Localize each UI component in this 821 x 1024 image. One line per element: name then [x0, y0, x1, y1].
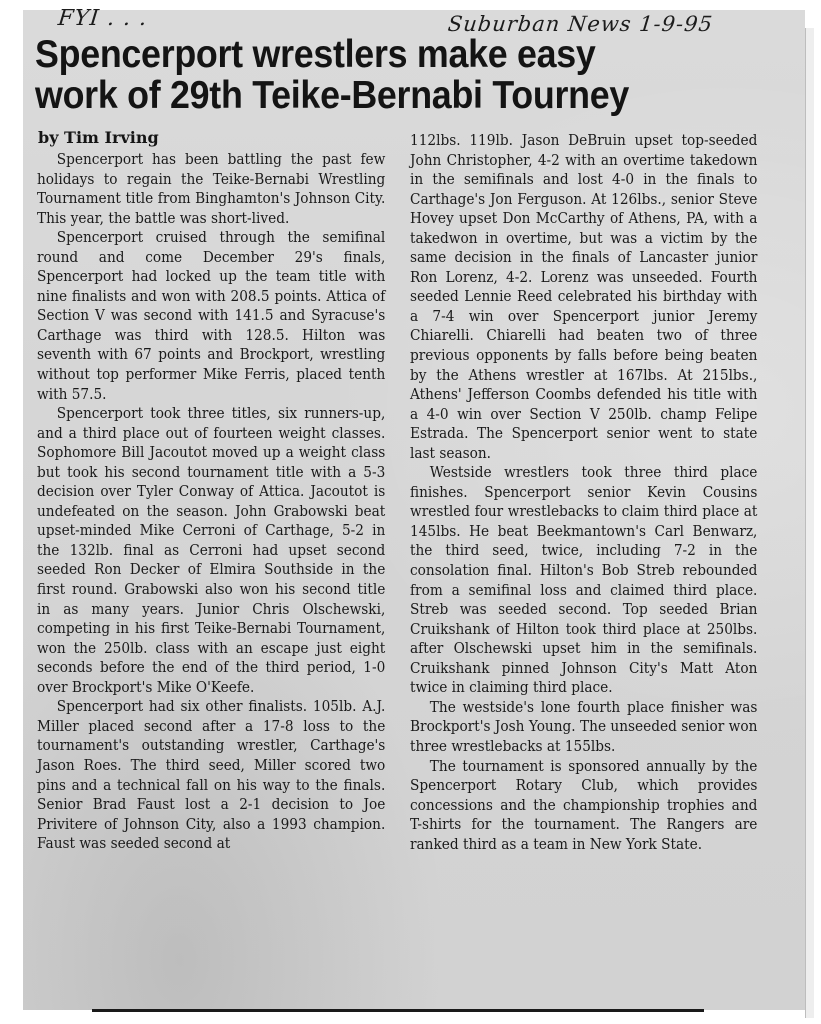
bottom-rule-divider [92, 1009, 704, 1012]
paragraph: Spencerport has been battling the past f… [37, 150, 385, 228]
headline-line-1: Spencerport wrestlers make easy [35, 33, 596, 76]
byline: by Tim Irving [38, 128, 159, 147]
handwritten-fyi-note: FYI . . . [57, 6, 149, 31]
paragraph-continued: 112lbs. 119lb. Jason DeBruin upset top-s… [410, 131, 757, 463]
headline-line-2: work of 29th Teike-Bernabi Tourney [35, 74, 629, 117]
headline: Spencerport wrestlers make easy work of … [35, 34, 742, 116]
article-column-right: 112lbs. 119lb. Jason DeBruin upset top-s… [410, 131, 757, 854]
paragraph: The tournament is sponsored annually by … [410, 757, 757, 855]
paragraph: Spencerport had six other finalists. 105… [37, 697, 385, 853]
paragraph: Spencerport took three titles, six runne… [37, 404, 385, 697]
paragraph: The westside's lone fourth place finishe… [410, 698, 757, 757]
paragraph: Westside wrestlers took three third plac… [410, 463, 757, 698]
article-column-left: Spencerport has been battling the past f… [37, 150, 385, 854]
paragraph: Spencerport cruised through the semifina… [37, 228, 385, 404]
paper-fold-edge [805, 28, 814, 1018]
